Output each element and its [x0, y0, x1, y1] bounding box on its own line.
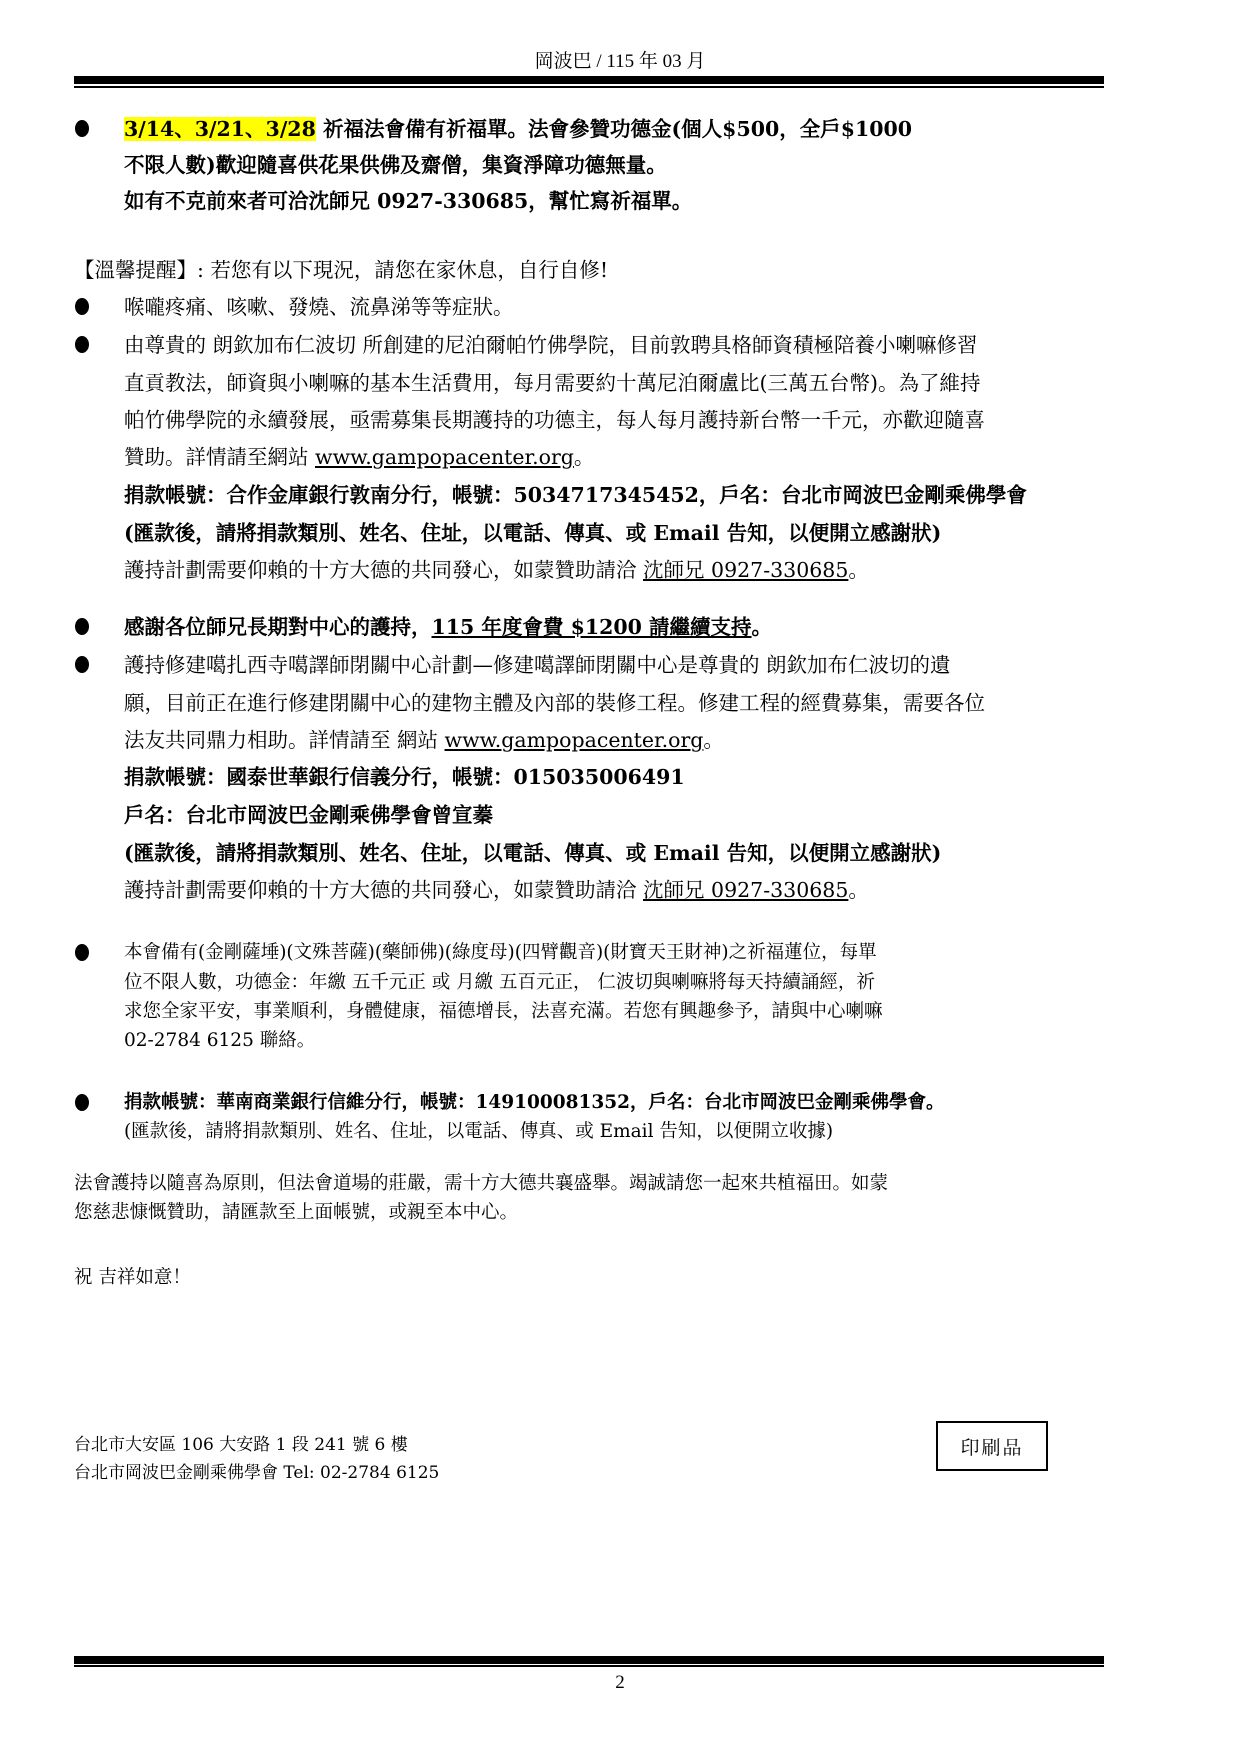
section4-line1: 護持修建噶扎西寺噶譯師閉關中心計劃—修建噶譯師閉關中心是尊貴的 朗欽加布仁波切的… [124, 650, 951, 680]
section5-line4: 02-2784 6125 聯絡。 [124, 1027, 315, 1055]
closing-line2: 您慈悲慷慨贊助，請匯款至上面帳號，或親至本中心。 [74, 1199, 518, 1227]
section2-contact-line: 護持計劃需要仰賴的十方大德的共同發心，如蒙贊助請洽 沈師兄 0927-33068… [124, 555, 869, 585]
section4-line2: 願，目前正在進行修建閉關中心的建物主體及內部的裝修工程。修建工程的經費募集，需要… [124, 688, 985, 718]
reminder-symptoms: 喉嚨疼痛、咳嗽、發燒、流鼻涕等等症狀。 [124, 292, 514, 322]
contact-phone: 沈師兄 0927-330685 [643, 558, 848, 582]
section4-account: 捐款帳號：國泰世華銀行信義分行，帳號：015035006491 [124, 762, 685, 792]
bullet-icon [75, 298, 89, 315]
section5-line2: 位不限人數，功德金：年繳 五千元正 或 月繳 五百元正， 仁波切與喇嘛將每天持續… [124, 969, 875, 997]
header-rule-thin [74, 86, 1104, 88]
highlighted-dates: 3/14、3/21、3/28 [124, 117, 316, 141]
section2-account: 捐款帳號：合作金庫銀行敦南分行，帳號：5034717345452，戶名：台北市岡… [124, 480, 1027, 510]
closing-greeting: 祝 吉祥如意！ [74, 1264, 191, 1292]
section5-line3: 求您全家平安，事業順利，身體健康，福德增長，法喜充滿。若您有興趣參予，請與中心喇… [124, 998, 883, 1026]
section2-line4: 贊助。詳情請至網站 www.gampopacenter.org。 [124, 442, 594, 472]
section5-line1: 本會備有(金剛薩埵)(文殊菩薩)(藥師佛)(綠度母)(四臂觀音)(財寶天王財神)… [124, 939, 877, 967]
footer-rule-thick [74, 1656, 1104, 1664]
section2-line3: 帕竹佛學院的永續發展，亟需募集長期護持的功德主，每人每月護持新台幣一千元，亦歡迎… [124, 405, 985, 435]
header-rule-thick [74, 76, 1104, 84]
section3-thanks: 感謝各位師兄長期對中心的護持，115 年度會費 $1200 請繼續支持。 [124, 612, 772, 642]
section4-remit-note: (匯款後，請將捐款類別、姓名、住址，以電話、傳真、或 Email 告知，以便開立… [124, 838, 941, 868]
section2-line1: 由尊貴的 朗欽加布仁波切 所創建的尼泊爾帕竹佛學院，目前敦聘具格師資積極陪養小喇… [124, 330, 978, 360]
bullet-icon [75, 618, 89, 635]
membership-fee: 115 年度會費 $1200 請繼續支持 [432, 615, 752, 639]
section6-remit-note: (匯款後，請將捐款類別、姓名、住址，以電話、傳真、或 Email 告知，以便開立… [124, 1118, 833, 1146]
footer-rule-thin [74, 1665, 1104, 1667]
section4-contact-line: 護持計劃需要仰賴的十方大德的共同發心，如蒙贊助請洽 沈師兄 0927-33068… [124, 875, 869, 905]
bullet-icon [75, 120, 89, 137]
reminder-heading: 【溫馨提醒】: 若您有以下現況，請您在家休息，自行自修! [74, 255, 608, 285]
page-number: 2 [0, 1672, 1240, 1694]
section2-remit-note: (匯款後，請將捐款類別、姓名、住址，以電話、傳真、或 Email 告知，以便開立… [124, 518, 941, 548]
section4-account-name: 戶名：台北市岡波巴金剛乘佛學會曾宣蓁 [124, 800, 493, 830]
page-header-title: 岡波巴 / 115 年 03 月 [0, 46, 1240, 73]
footer-org-tel: 台北市岡波巴金剛乘佛學會 Tel: 02-2784 6125 [74, 1460, 439, 1486]
section4-line3: 法友共同鼎力相助。詳情請至 網站 www.gampopacenter.org。 [124, 725, 724, 755]
section1-line1: 3/14、3/21、3/28 祈福法會備有祈福單。法會參贊功德金(個人$500，… [124, 114, 912, 144]
bullet-icon [75, 944, 89, 961]
section1-line3: 如有不克前來者可洽沈師兄 0927-330685，幫忙寫祈福單。 [124, 186, 692, 216]
section2-line2: 直貢教法，師資與小喇嘛的基本生活費用，每月需要約十萬尼泊爾盧比(三萬五台幣)。為… [124, 368, 981, 398]
website-link[interactable]: www.gampopacenter.org [445, 728, 704, 752]
section6-account: 捐款帳號：華南商業銀行信維分行，帳號：149100081352，戶名：台北市岡波… [124, 1089, 944, 1117]
bullet-icon [75, 1094, 89, 1111]
contact-phone: 沈師兄 0927-330685 [643, 878, 848, 902]
section1-line2: 不限人數)歡迎隨喜供花果供佛及齋僧，集資淨障功德無量。 [124, 150, 667, 180]
website-link[interactable]: www.gampopacenter.org [315, 445, 574, 469]
closing-line1: 法會護持以隨喜為原則，但法會道場的莊嚴，需十方大德共襄盛舉。竭誠請您一起來共植福… [74, 1170, 888, 1198]
bullet-icon [75, 336, 89, 353]
printed-matter-stamp: 印刷品 [936, 1421, 1048, 1471]
bullet-icon [75, 656, 89, 673]
footer-address: 台北市大安區 106 大安路 1 段 241 號 6 樓 [74, 1432, 408, 1458]
